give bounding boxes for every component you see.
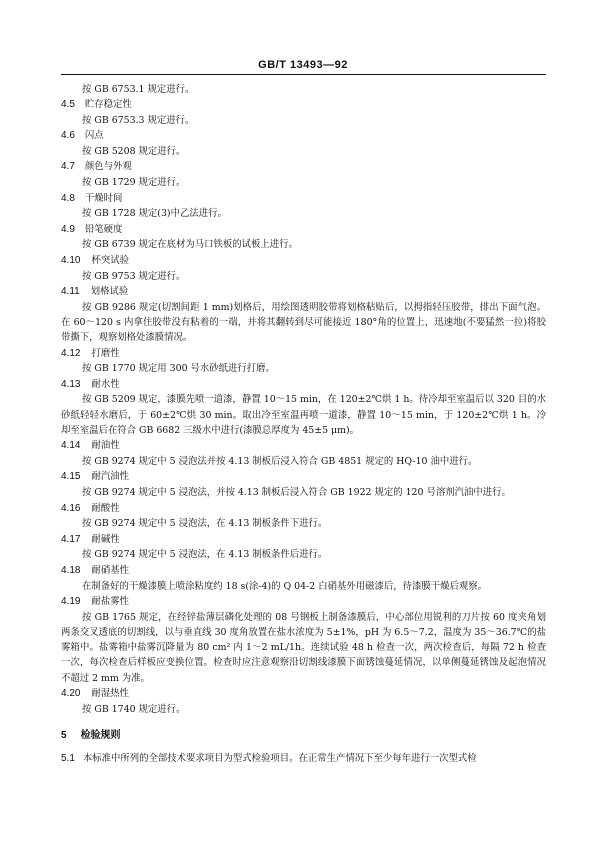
section-heading: 5检验规则 bbox=[61, 726, 546, 741]
document-body: 按 GB 6753.1 规定进行。 4.5贮存稳定性 按 GB 6753.3 规… bbox=[61, 82, 546, 764]
clause-heading: 4.6闪点 bbox=[61, 128, 546, 144]
clause-heading: 4.8干燥时间 bbox=[61, 191, 546, 207]
clause-text: 在制备好的干燥漆膜上喷涂粘度约 18 s(涂-4)的 Q 04-2 白硝基外用磁… bbox=[61, 579, 546, 594]
clause-text: 按 GB 9753 规定进行。 bbox=[61, 269, 546, 284]
clause-text: 按 GB 6753.3 规定进行。 bbox=[61, 113, 546, 128]
clause-heading: 4.11划格试验 bbox=[61, 284, 546, 300]
clause-heading: 4.17耐碱性 bbox=[61, 532, 546, 548]
clause-text: 按 GB 9274 规定中 5 浸泡法，在 4.13 制板条件下进行。 bbox=[61, 516, 546, 531]
clause-text: 按 GB 9274 规定中 5 浸泡法，在 4.13 制板条件后进行。 bbox=[61, 547, 546, 562]
clause-heading: 4.20耐湿热性 bbox=[61, 686, 546, 702]
clause-text: 按 GB 1729 规定进行。 bbox=[61, 175, 546, 190]
clause-heading: 4.9铅笔硬度 bbox=[61, 222, 546, 238]
clause-heading: 4.15耐汽油性 bbox=[61, 469, 546, 485]
clause-heading: 4.18耐硝基性 bbox=[61, 563, 546, 579]
clause-heading: 4.14耐油性 bbox=[61, 438, 546, 454]
clause-heading: 4.13耐水性 bbox=[61, 377, 546, 393]
header-rule bbox=[61, 74, 546, 75]
clause-text: 按 GB 5209 规定，漆膜先喷一道漆，静置 10～15 min，在 120±… bbox=[61, 392, 546, 438]
clause-heading: 4.16耐酸性 bbox=[61, 501, 546, 517]
clause-text: 按 GB 1770 规定用 300 号水砂纸进行打磨。 bbox=[61, 361, 546, 376]
clause-text: 按 GB 1765 规定，在经锌盐薄层磷化处理的 08 号钢板上制备漆膜后，中心… bbox=[61, 610, 546, 686]
clause-text: 按 GB 1728 规定(3)中乙法进行。 bbox=[61, 206, 546, 221]
clause-text: 按 GB 5208 规定进行。 bbox=[61, 144, 546, 159]
intro-line: 按 GB 6753.1 规定进行。 bbox=[61, 82, 546, 97]
clause-text: 按 GB 9274 规定中 5 浸泡法并按 4.13 制板后浸入符合 GB 48… bbox=[61, 454, 546, 469]
clause-text: 按 GB 1740 规定进行。 bbox=[61, 702, 546, 717]
clause-heading: 4.10杯突试验 bbox=[61, 253, 546, 269]
clause-text: 按 GB 6739 规定在底材为马口铁板的试板上进行。 bbox=[61, 237, 546, 252]
clause-heading: 4.12打磨性 bbox=[61, 346, 546, 362]
clause-heading: 4.7颜色与外观 bbox=[61, 159, 546, 175]
subclause-5-1: 5.1本标准中所列的全部技术要求项目为型式检验项目。在正常生产情况下至少每年进行… bbox=[61, 750, 546, 764]
clause-text: 按 GB 9274 规定中 5 浸泡法，并按 4.13 制板后浸入符合 GB 1… bbox=[61, 485, 546, 500]
clause-heading: 4.5贮存稳定性 bbox=[61, 97, 546, 113]
clause-text: 按 GB 9286 规定(切割间距 1 mm)划格后，用绘图透明胶带将划格粘贴后… bbox=[61, 300, 546, 346]
clause-heading: 4.19耐盐雾性 bbox=[61, 594, 546, 610]
standard-code-header: GB/T 13493—92 bbox=[61, 59, 545, 71]
